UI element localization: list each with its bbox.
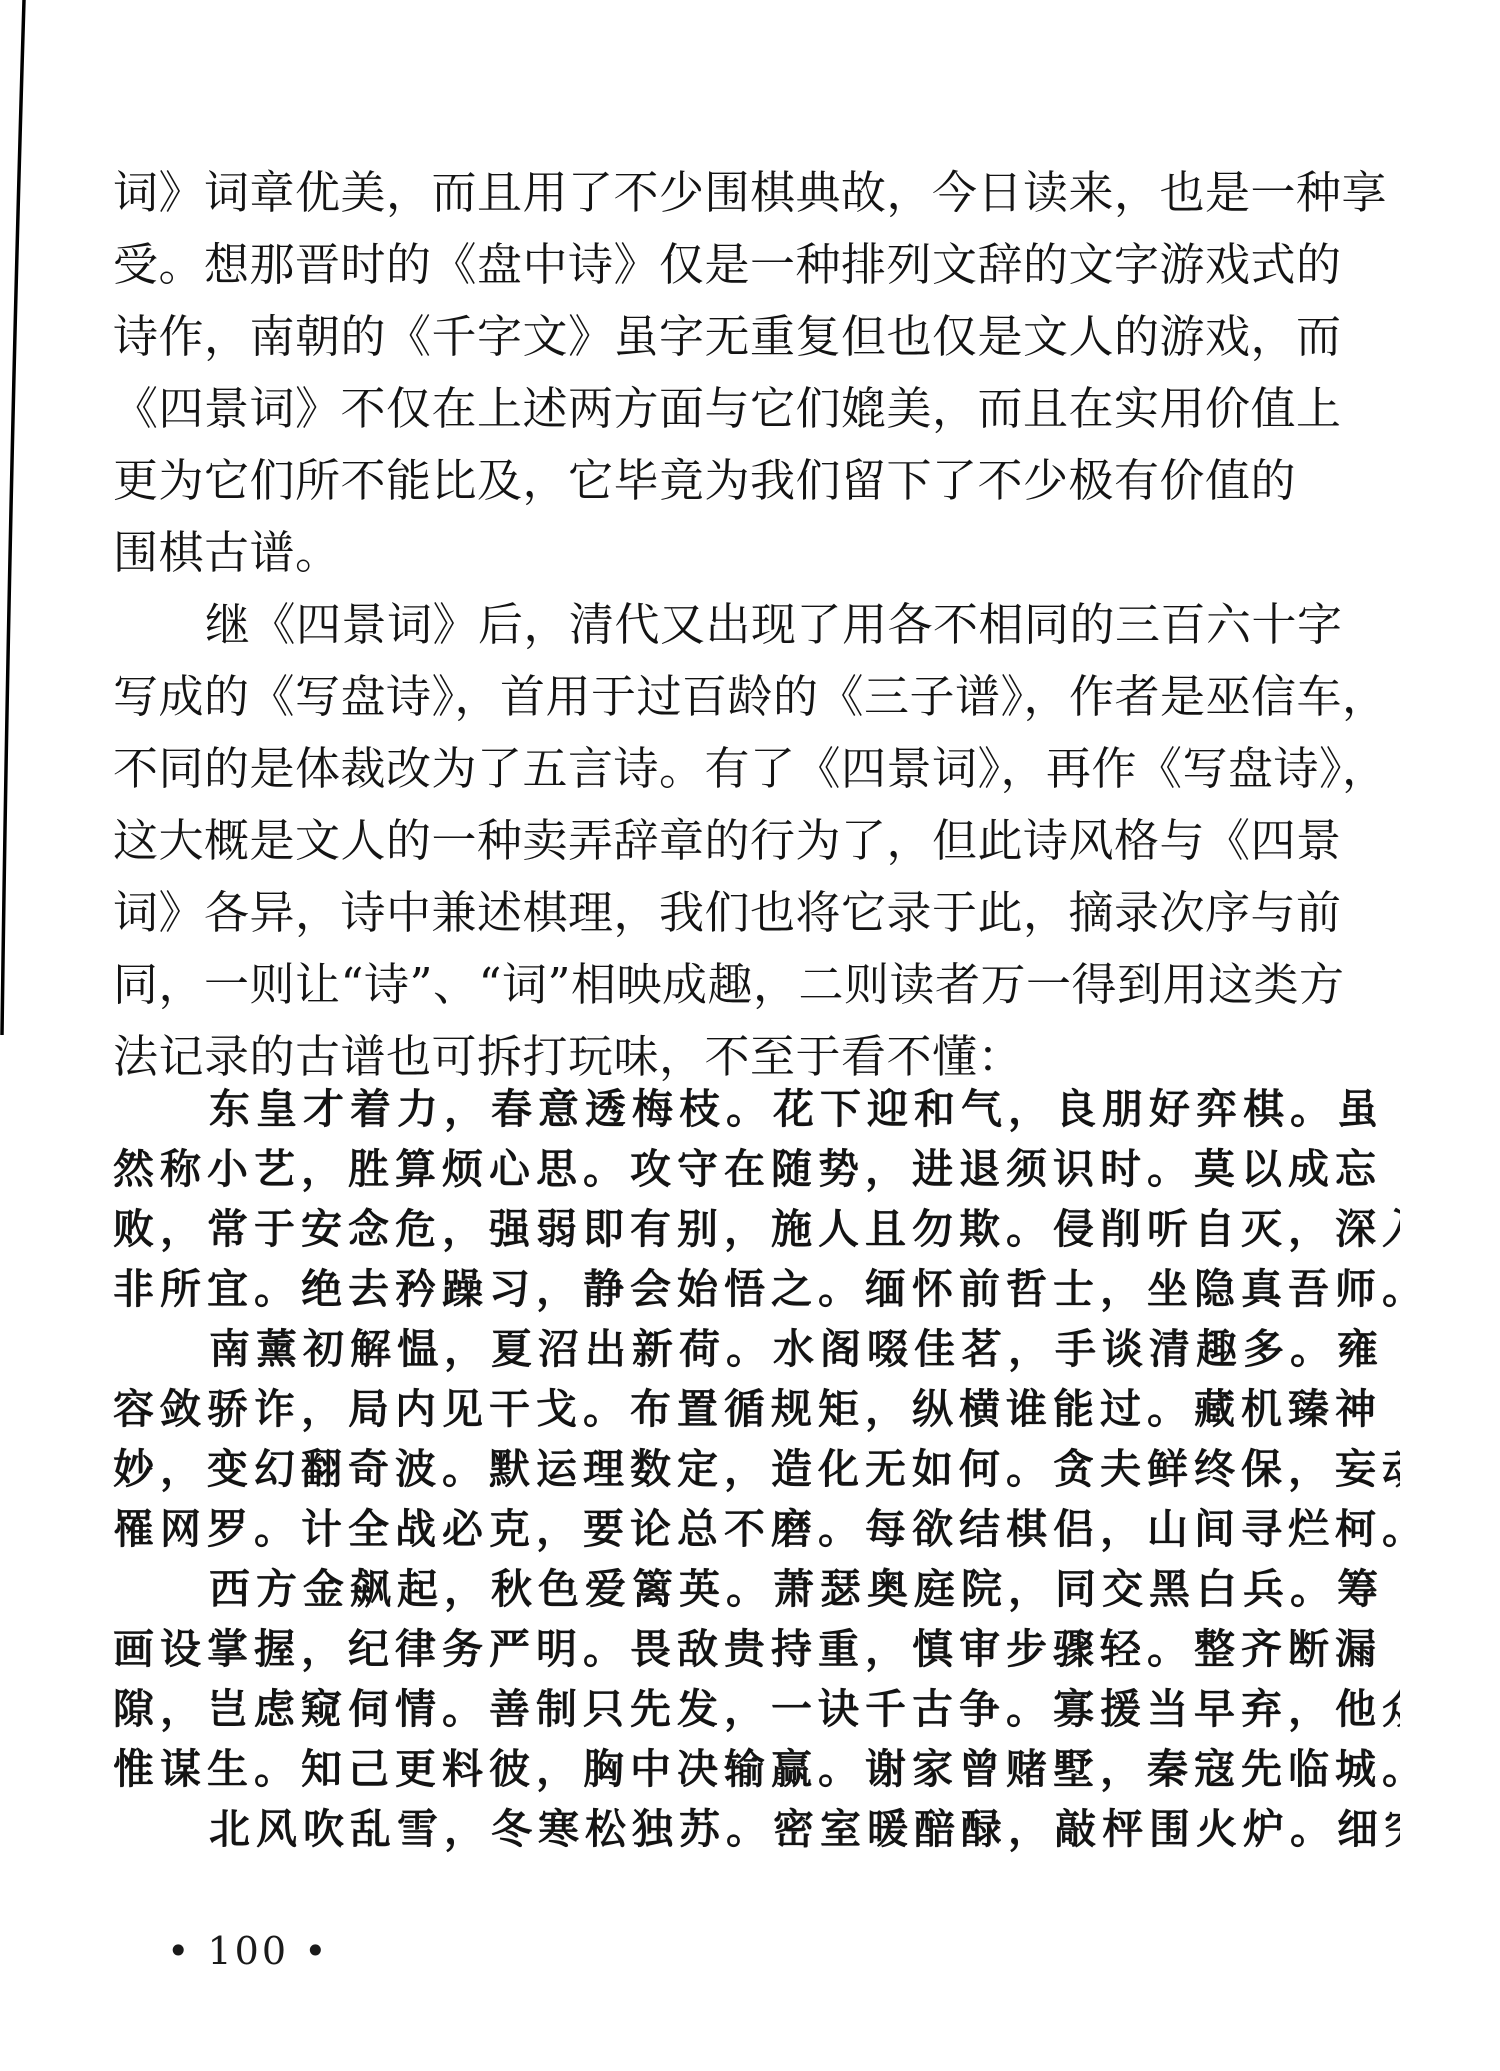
text-line: 这大概是文人的一种卖弄辞章的行为了，但此诗风格与《四景 <box>113 805 1400 877</box>
text-line: 词》各异，诗中兼述棋理，我们也将它录于此，摘录次序与前 <box>113 877 1400 949</box>
text-line: 围棋古谱。 <box>113 517 1400 589</box>
poem-line: 惟谋生。知己更料彼，胸中决输赢。谢家曾赌墅，秦寇先临城。 <box>113 1739 1400 1799</box>
page-number: • 100 • <box>167 1929 330 1973</box>
text-line: 不同的是体裁改为了五言诗。有了《四景词》，再作《写盘诗》， <box>113 733 1400 805</box>
poem-line: 画设掌握，纪律务严明。畏敌贵持重，慎审步骤轻。整齐断漏 <box>113 1619 1400 1679</box>
page: 词》词章优美，而且用了不少围棋典故，今日读来，也是一种享 受。想那晋时的《盘中诗… <box>0 0 1500 1973</box>
body-text: 词》词章优美，而且用了不少围棋典故，今日读来，也是一种享 受。想那晋时的《盘中诗… <box>113 157 1400 1093</box>
poem-line: 败，常于安念危，强弱即有别，施人且勿欺。侵削听自灭，深入 <box>113 1199 1400 1259</box>
poem-line: 然称小艺，胜算烦心思。攻守在随势，进退须识时。莫以成忘 <box>113 1139 1400 1199</box>
text-line: 写成的《写盘诗》，首用于过百龄的《三子谱》，作者是巫信车， <box>113 661 1400 733</box>
text-line: 诗作，南朝的《千字文》虽字无重复但也仅是文人的游戏，而 <box>113 301 1400 373</box>
poem-line: 东皇才着力，春意透梅枝。花下迎和气，良朋好弈棋。虽 <box>113 1079 1400 1139</box>
scanned-book-page: { "page": { "number_label": "• 100 •" },… <box>0 0 1500 2071</box>
poem-line: 非所宜。绝去矜躁习，静会始悟之。缅怀前哲士，坐隐真吾师。 <box>113 1259 1400 1319</box>
poem-line: 妙，变幻翻奇波。默运理数定，造化无如何。贪夫鲜终保，妄动 <box>113 1439 1400 1499</box>
page-footer: • 100 • <box>113 1929 1400 1973</box>
poem-text: 东皇才着力，春意透梅枝。花下迎和气，良朋好弈棋。虽 然称小艺，胜算烦心思。攻守在… <box>113 1079 1400 1859</box>
text-line: 《四景词》不仅在上述两方面与它们媲美，而且在实用价值上 <box>113 373 1400 445</box>
poem-line: 南薰初解愠，夏沼出新荷。水阁啜佳茗，手谈清趣多。雍 <box>113 1319 1400 1379</box>
poem-line: 罹网罗。计全战必克，要论总不磨。每欲结棋侣，山间寻烂柯。 <box>113 1499 1400 1559</box>
text-line: 词》词章优美，而且用了不少围棋典故，今日读来，也是一种享 <box>113 157 1400 229</box>
text-line: 受。想那晋时的《盘中诗》仅是一种排列文辞的文字游戏式的 <box>113 229 1400 301</box>
text-line: 同，一则让“诗”、“词”相映成趣，二则读者万一得到用这类方 <box>113 949 1400 1021</box>
text-line: 更为它们所不能比及，它毕竟为我们留下了不少极有价值的 <box>113 445 1400 517</box>
text-line: 继《四景词》后，清代又出现了用各不相同的三百六十字 <box>113 589 1400 661</box>
poem-line: 容敛骄诈，局内见干戈。布置循规矩，纵横谁能过。藏机臻神 <box>113 1379 1400 1439</box>
poem-line: 西方金飙起，秋色爱篱英。萧瑟奥庭院，同交黑白兵。筹 <box>113 1559 1400 1619</box>
poem-line: 隙，岂虑窥伺情。善制只先发，一诀千古争。寡援当早弃，他众 <box>113 1679 1400 1739</box>
poem-line: 北风吹乱雪，冬寒松独苏。密室暖醅醁，敲枰围火炉。细穷 <box>113 1799 1400 1859</box>
